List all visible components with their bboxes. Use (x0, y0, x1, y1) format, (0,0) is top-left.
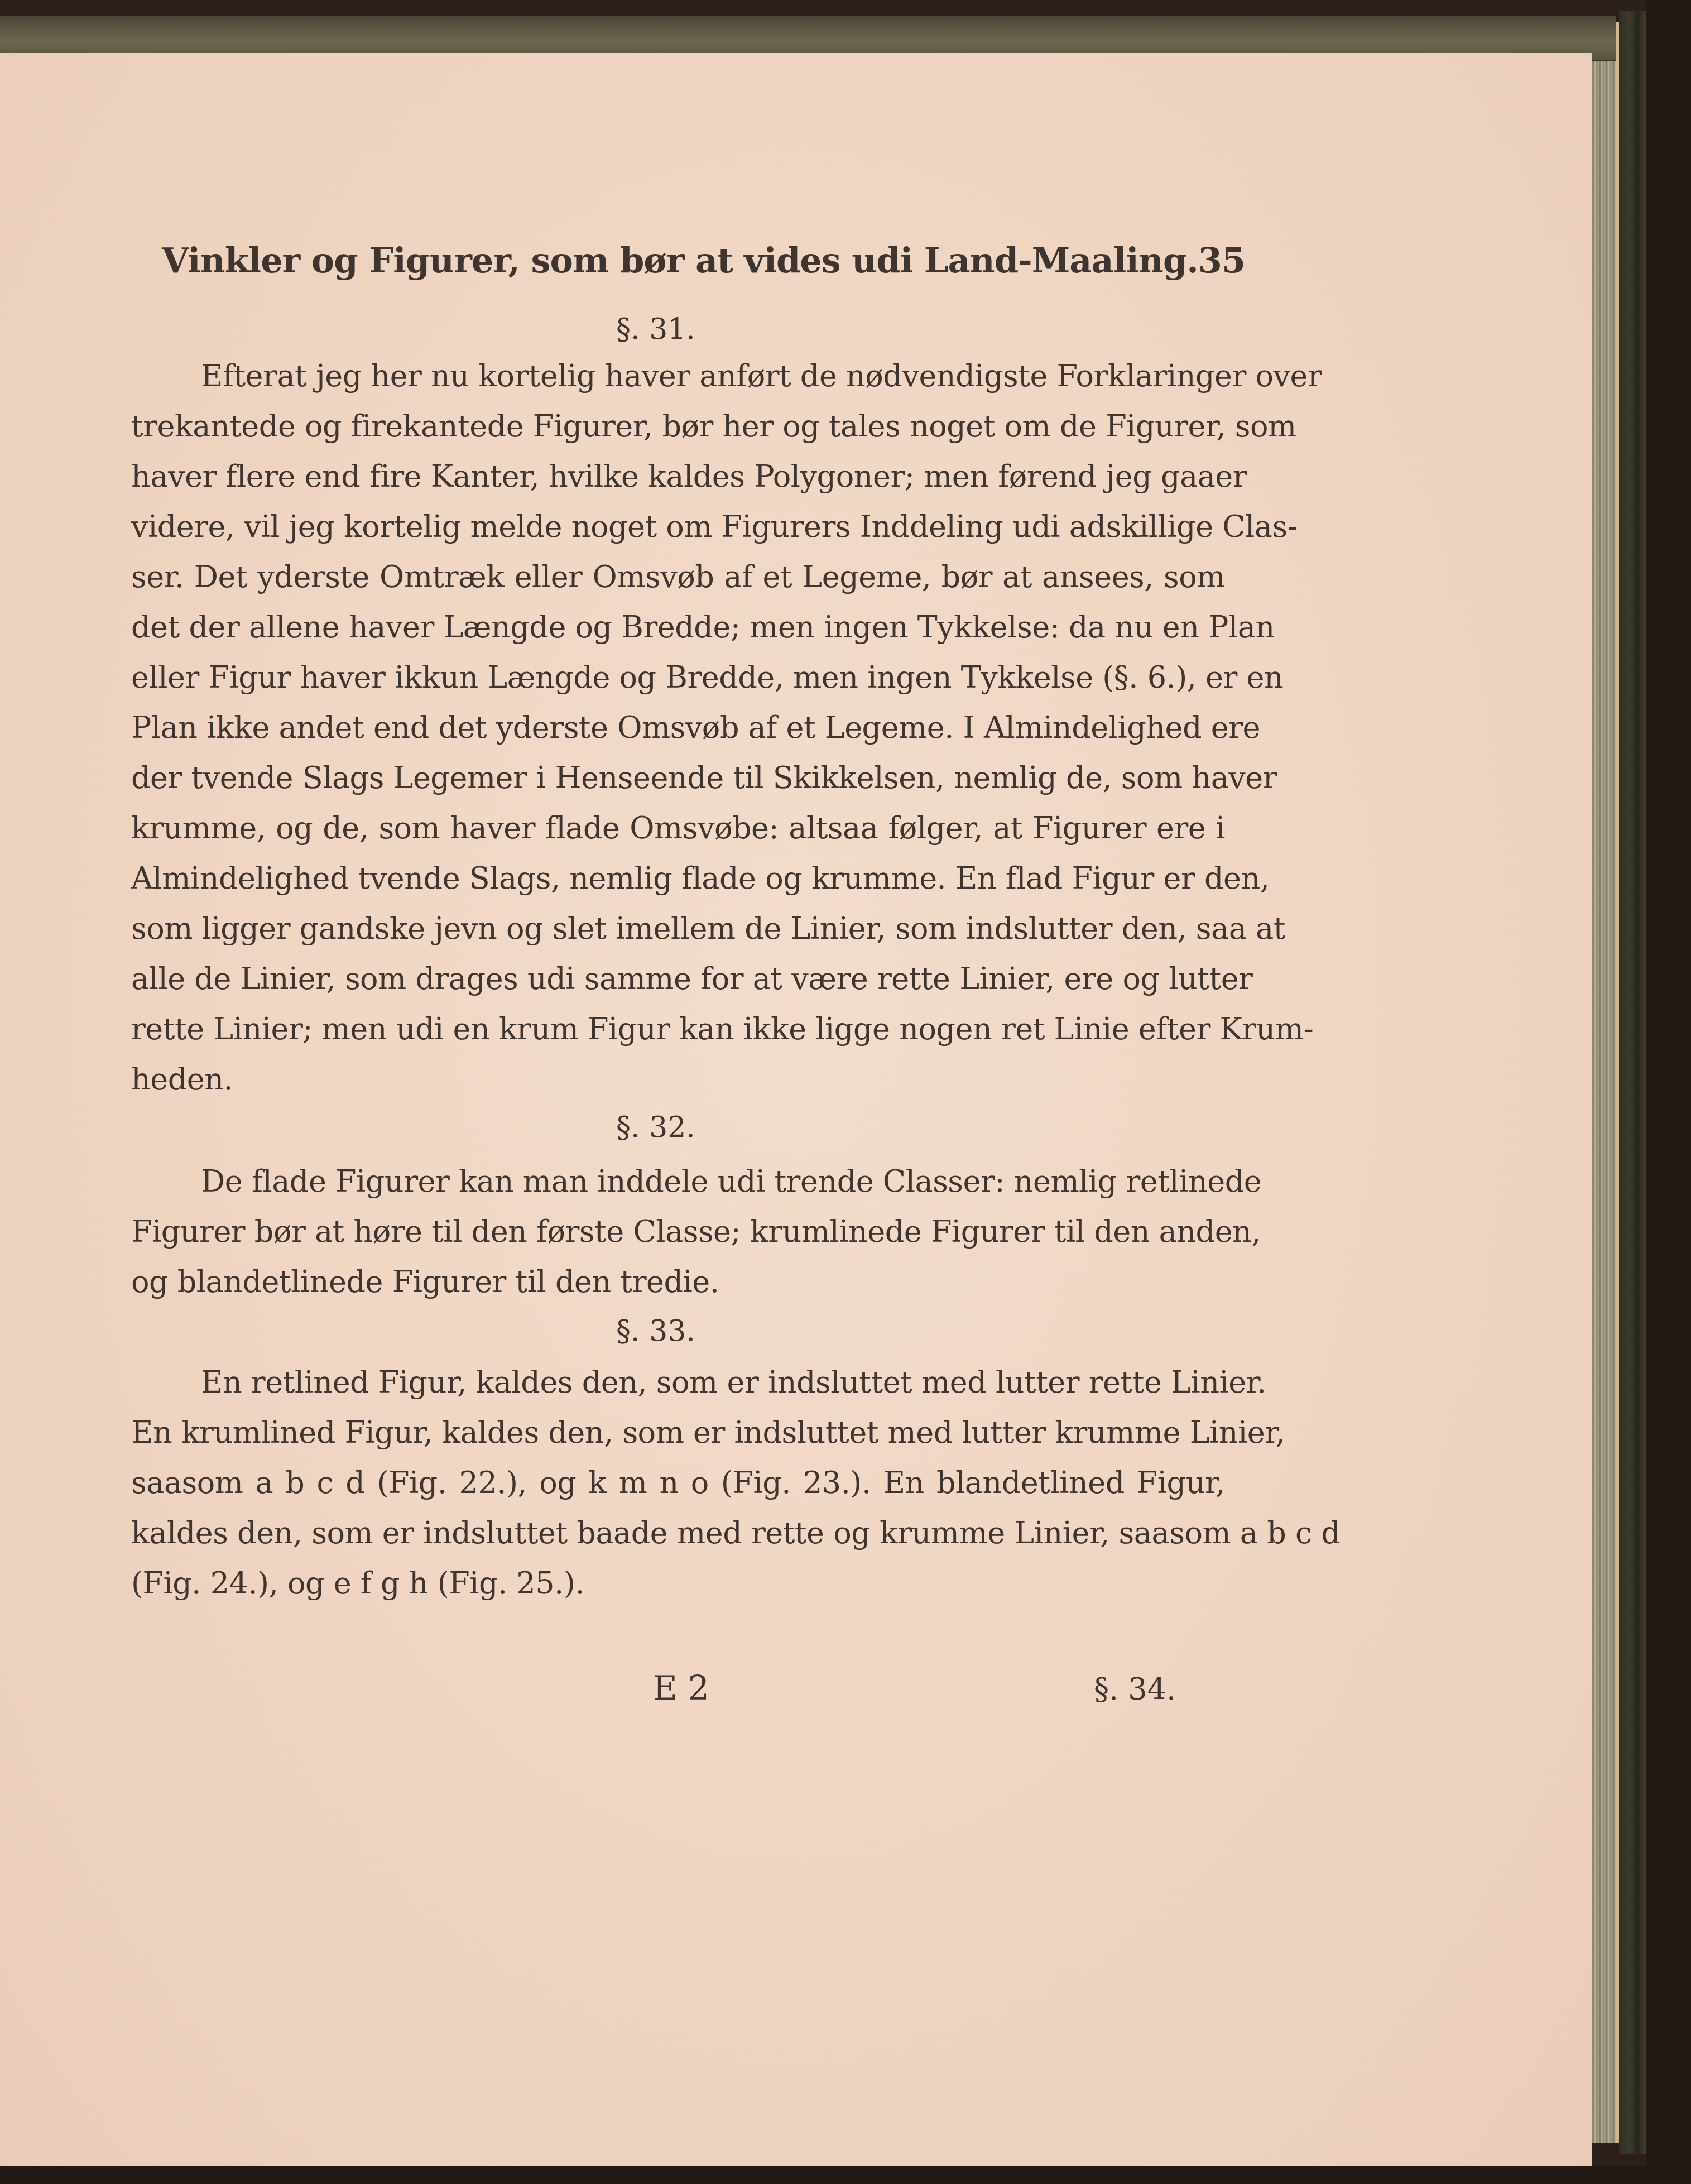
text-line: En retlined Figur, kaldes den, som er in… (201, 1365, 1225, 1400)
text-line: videre, vil jeg kortelig melde noget om … (131, 509, 1225, 544)
text-line: Almindelighed tvende Slags, nemlig flade… (131, 861, 1225, 896)
text-line: (Fig. 24.), og e f g h (Fig. 25.). (131, 1566, 1225, 1601)
background-dark-bottom (0, 2166, 1691, 2184)
text-line: som ligger gandske jevn og slet imellem … (131, 911, 1225, 946)
text-line: Plan ikke andet end det yderste Omsvøb a… (131, 710, 1225, 745)
text-line: rette Linier; men udi en krum Figur kan … (131, 1011, 1225, 1047)
text-line: og blandetlinede Figurer til den tredie. (131, 1264, 1225, 1299)
book-cover-marbled (1619, 11, 1646, 2154)
text-line: det der allene haver Længde og Bredde; m… (131, 609, 1225, 645)
catchword: §. 34. (1094, 1672, 1176, 1707)
text-line: eller Figur haver ikkun Længde og Bredde… (131, 660, 1225, 695)
text-line: heden. (131, 1062, 1225, 1097)
section-heading-33: §. 33. (0, 1314, 1312, 1348)
text-line: Efterat jeg her nu kortelig haver anført… (201, 358, 1225, 393)
background-dark-right (1646, 0, 1691, 2184)
text-line: krumme, og de, som haver flade Omsvøbe: … (131, 810, 1225, 846)
text-line: haver flere end fire Kanter, hvilke kald… (131, 459, 1225, 494)
page-number: 35 (1198, 240, 1245, 281)
text-line: saasom a b c d (Fig. 22.), og k m n o (F… (131, 1465, 1225, 1500)
section-heading-32: §. 32. (0, 1111, 1312, 1144)
text-line: der tvende Slags Legemer i Henseende til… (131, 760, 1225, 795)
text-line: ser. Det yderste Omtræk eller Omsvøb af … (131, 559, 1225, 594)
text-line: Figurer bør at høre til den første Class… (131, 1214, 1225, 1249)
section-heading-31: §. 31. (0, 313, 1312, 346)
text-line: alle de Linier, som drages udi samme for… (131, 961, 1225, 996)
text-line: De flade Figurer kan man inddele udi tre… (201, 1164, 1225, 1199)
text-line: En krumlined Figur, kaldes den, som er i… (131, 1415, 1225, 1450)
text-line: trekantede og firekantede Figurer, bør h… (131, 409, 1225, 444)
signature-mark: E 2 (653, 1669, 709, 1708)
running-title: Vinkler og Figurer, som bør at vides udi… (162, 240, 1198, 281)
running-header: Vinkler og Figurer, som bør at vides udi… (162, 240, 1178, 281)
text-line: kaldes den, som er indsluttet baade med … (131, 1515, 1225, 1551)
